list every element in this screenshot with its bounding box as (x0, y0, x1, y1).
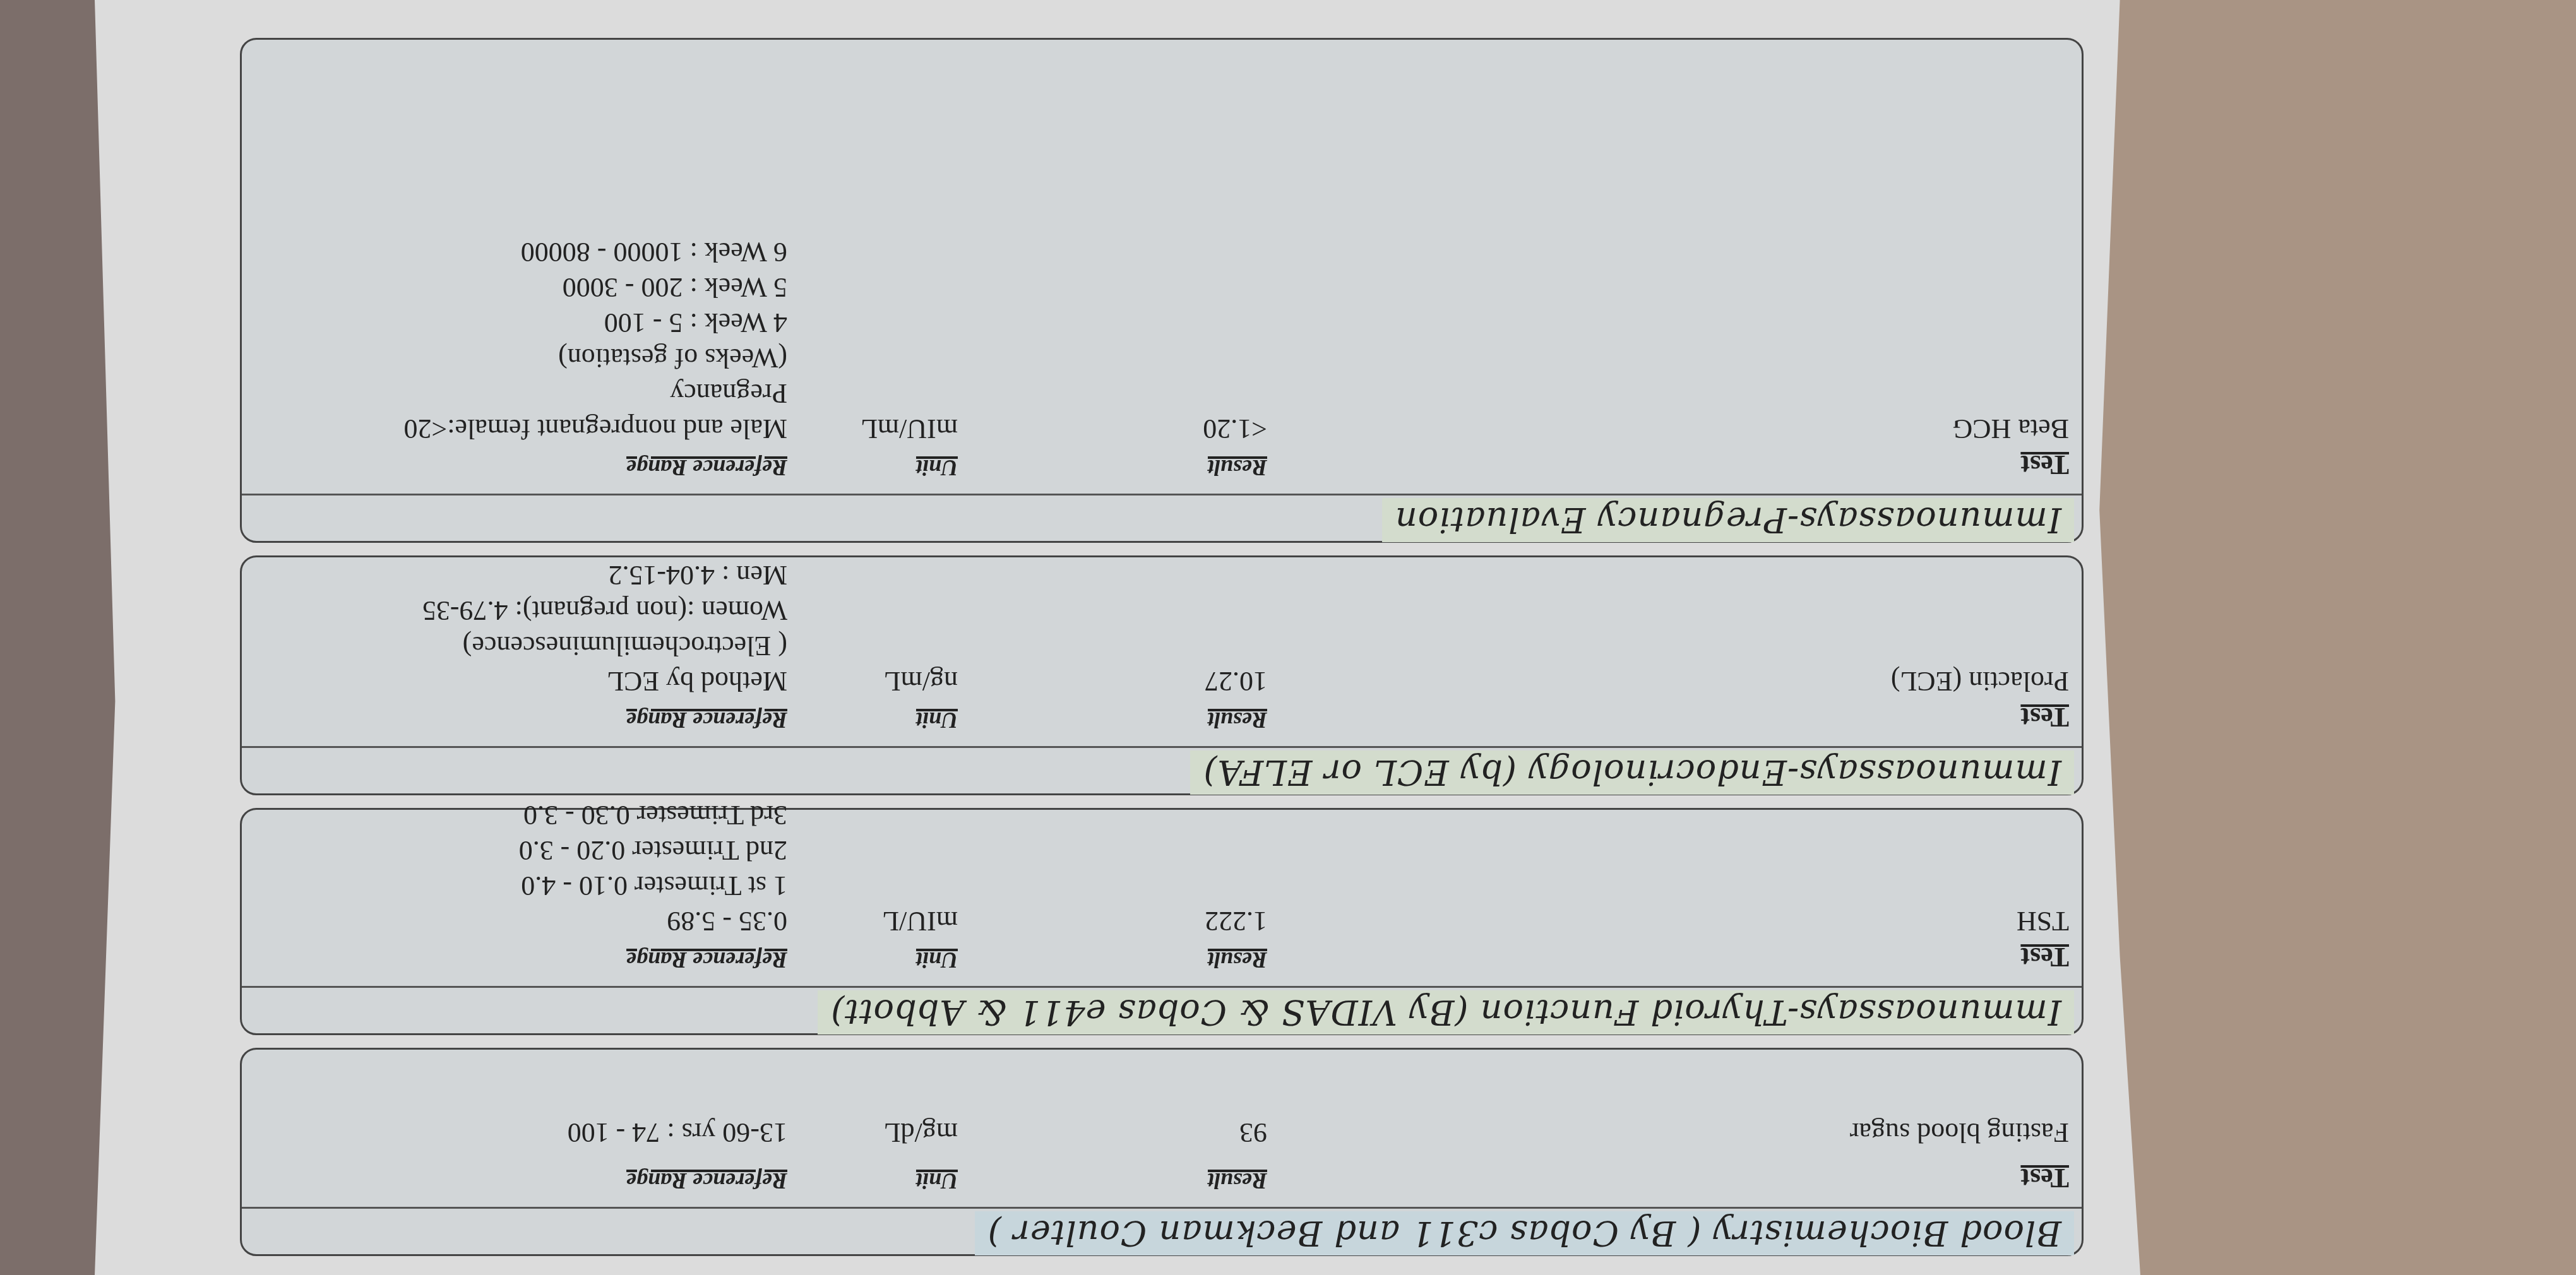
section-pregnancy-evaluation: Immunoassays-Pregnancy Evaluation Test R… (240, 38, 2084, 543)
header-unit: Unit (916, 1168, 958, 1194)
header-unit: Unit (916, 707, 958, 733)
test-unit: mIU/mL (861, 411, 958, 446)
header-result: Result (1208, 1168, 1267, 1194)
test-name: Beta HCG (1952, 411, 2069, 446)
test-result: 10.27 (1205, 663, 1267, 699)
test-reference: Male and nonpregnant female:<20 Pregnanc… (403, 234, 787, 446)
header-unit: Unit (916, 947, 958, 973)
test-reference: 0.35 - 5.89 1 st Trimester 0.10 - 4.0 2n… (519, 797, 787, 939)
section-endocrinology: Immunoassays-Endocrinology (by ECL or EL… (240, 555, 2084, 795)
test-reference: 13-60 yrs : 74 - 100 (568, 1115, 787, 1150)
test-result: 1.222 (1205, 903, 1267, 939)
header-result: Result (1208, 454, 1267, 481)
section-title: Immunoassays-Endocrinology (by ECL or EL… (1190, 750, 2074, 795)
test-unit: mg/dL (884, 1115, 958, 1150)
section-thyroid-function: Immunoassays-Thyroid Function (By VIDAS … (240, 808, 2084, 1035)
test-name: TSH (2017, 903, 2069, 939)
header-test: Test (2020, 941, 2069, 973)
header-result: Result (1208, 707, 1267, 733)
header-test: Test (2020, 449, 2069, 481)
carpet-background (2096, 0, 2576, 1275)
header-reference: Reference Range (626, 707, 787, 733)
header-reference: Reference Range (626, 1168, 787, 1194)
header-result: Result (1208, 947, 1267, 973)
section-title: Immunoassays-Thyroid Function (By VIDAS … (818, 990, 2074, 1035)
header-reference: Reference Range (626, 454, 787, 481)
test-unit: ng/mL (884, 663, 958, 699)
test-name: Fasting blood sugar (1850, 1115, 2069, 1150)
header-test: Test (2020, 701, 2069, 733)
header-test: Test (2020, 1162, 2069, 1194)
header-reference: Reference Range (626, 947, 787, 973)
test-reference: Method by ECL ( Electrochemiluminescence… (422, 557, 787, 699)
test-name: Prolactin (ECL) (1891, 663, 2069, 699)
header-unit: Unit (916, 454, 958, 481)
section-blood-biochemistry: Blood Biochemistry ( By Cobas c311 and B… (240, 1048, 2084, 1256)
test-result: 93 (1239, 1115, 1267, 1150)
photo-scene: Blood Biochemistry ( By Cobas c311 and B… (0, 0, 2576, 1275)
lab-report-page: Blood Biochemistry ( By Cobas c311 and B… (95, 0, 2140, 1275)
test-result: <1.20 (1203, 411, 1267, 446)
test-unit: mIU/L (882, 903, 958, 939)
section-title: Immunoassays-Pregnancy Evaluation (1382, 498, 2074, 542)
section-title: Blood Biochemistry ( By Cobas c311 and B… (975, 1211, 2074, 1255)
